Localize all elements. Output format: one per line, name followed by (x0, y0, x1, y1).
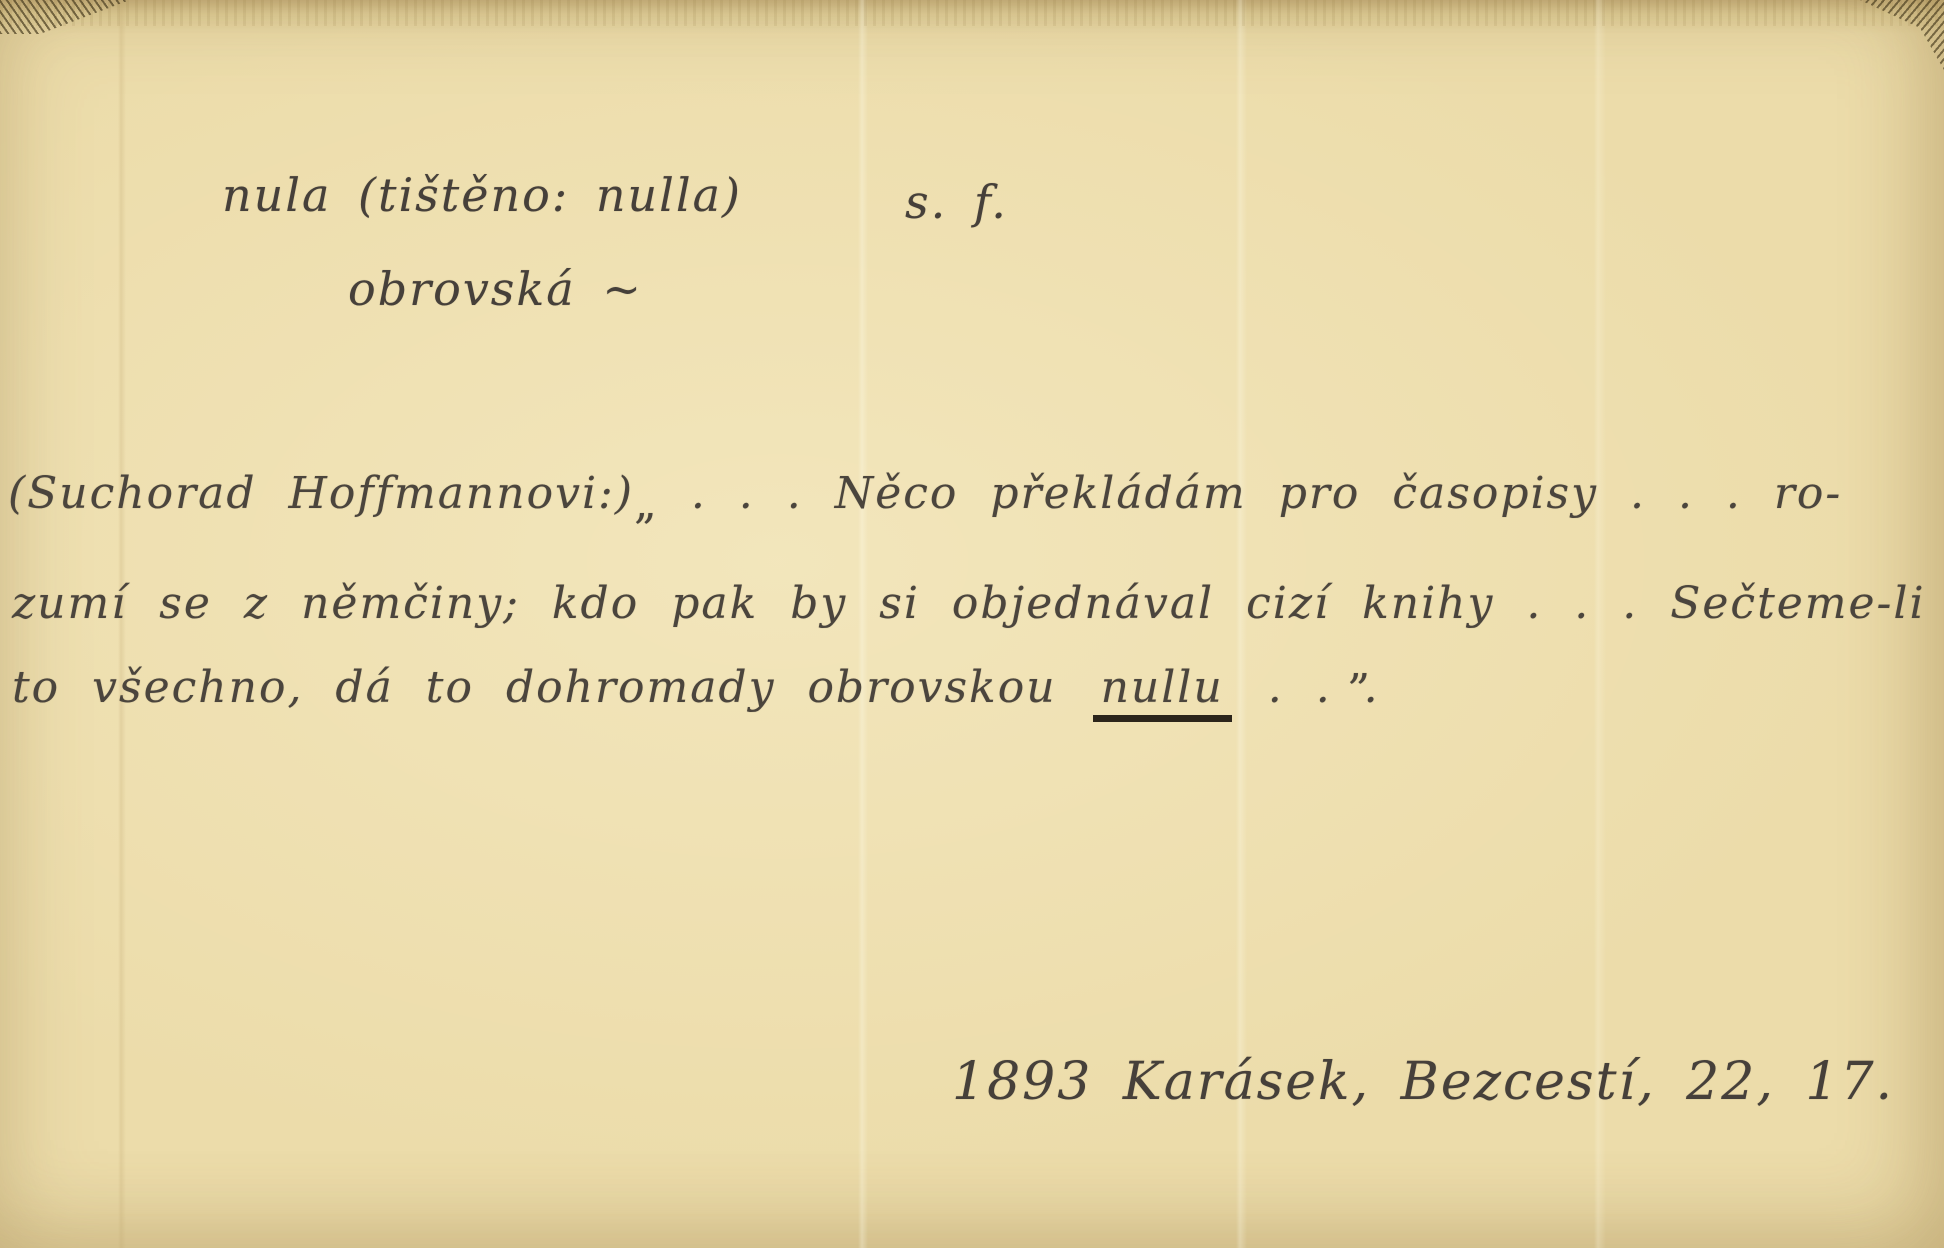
quotation-line-3: to všechno, dá to dohromady obrovskou nu… (12, 662, 1380, 722)
quotation-line-3-ellipsis: . . . (1268, 662, 1380, 713)
citation-line: 1893 Karásek, Bezcestí, 22, 17. (952, 1052, 1894, 1112)
quotation-line-1-text: . . . Něco překládám pro časopisy . . . … (691, 468, 1842, 519)
underlined-word: nullu (1093, 662, 1232, 722)
headword-line: nula (tištěno: nulla) (222, 168, 742, 222)
open-quote-mark: „ (634, 478, 659, 529)
grammar-abbreviation: s. f. (905, 175, 1008, 229)
quotation-line-1: (Suchorad Hoffmannovi:)„ . . . Něco přek… (8, 468, 1842, 519)
quotation-line-3-text: to všechno, dá to dohromady obrovskou (12, 662, 1057, 713)
scanned-manuscript-card: nula (tištěno: nulla) s. f. obrovská ~ (… (0, 0, 1944, 1248)
quotation-line-2: zumí se z němčiny; kdo pak by si objedná… (12, 578, 1926, 629)
paper-top-edge-texture (0, 0, 1944, 26)
scan-corner-artifact-left (0, 0, 130, 34)
scan-corner-artifact-right (1824, 0, 1944, 70)
variant-line: obrovská ~ (348, 262, 643, 316)
quotation-attribution: (Suchorad Hoffmannovi:) (8, 468, 634, 519)
